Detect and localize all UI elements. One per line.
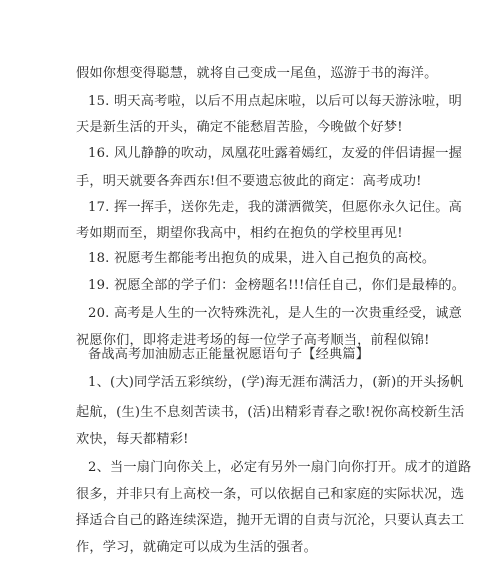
text-line-item-20: 20. 高考是人生的一次特殊洗礼，是人生的一次贵重经受，诚意: [88, 305, 436, 323]
document-page: 假如你想变得聪慧，就将自己变成一尾鱼，巡游于书的海洋。 15. 明天高考啦，以后…: [0, 0, 500, 566]
text-line-item-18: 18. 祝愿考生都能考出抱负的成果，进入自己抱负的高校。: [88, 250, 436, 268]
text-line-item-2: 2、当一扇门向你关上，必定有另外一扇门向你打开。成才的道路: [88, 459, 436, 477]
text-line-item-16: 16. 风儿静静的吹动，凤凰花吐露着嫣红，友爱的伴侣请握一握: [88, 145, 436, 163]
text-line: 天是新生活的开头，确定不能愁眉苦脸，今晚做个好梦!: [76, 119, 424, 137]
text-line: 起航，(生)生不息刻苦读书，(活)出精彩青春之歌!祝你高校新生活: [76, 404, 424, 422]
text-line-item-17: 17. 挥一挥手，送你先走，我的潇洒微笑，但愿你永久记住。高: [88, 199, 436, 217]
text-line: 作，学习，就确定可以成为生活的强者。: [76, 539, 424, 557]
text-line-item-1: 1、(大)同学活五彩缤纷，(学)海无涯布满活力，(新)的开头扬帆: [88, 374, 436, 392]
text-line: 考如期而至，期望你我高中，相约在抱负的学校里再见!: [76, 225, 424, 243]
text-line-item-19: 19. 祝愿全部的学子们：金榜题名!!!信任自己，你们是最棒的。: [88, 277, 436, 295]
text-line: 很多，并非只有上高校一条，可以依据自己和家庭的实际状况，选: [76, 486, 424, 504]
text-line: 手，明天就要各奔西东!但不要遗忘彼此的商定：高考成功!: [76, 173, 424, 191]
text-line-item-15: 15. 明天高考啦，以后不用点起床啦，以后可以每天游泳啦，明: [88, 93, 436, 111]
text-line: 择适合自己的路连续深造，抛开无谓的自责与沉沦，只要认真去工: [76, 512, 424, 530]
section-heading: 备战高考加油励志正能量祝愿语句子【经典篇】: [88, 346, 436, 364]
text-line: 欢快，每天都精彩!: [76, 431, 424, 449]
text-line: 假如你想变得聪慧，就将自己变成一尾鱼，巡游于书的海洋。: [76, 65, 424, 83]
